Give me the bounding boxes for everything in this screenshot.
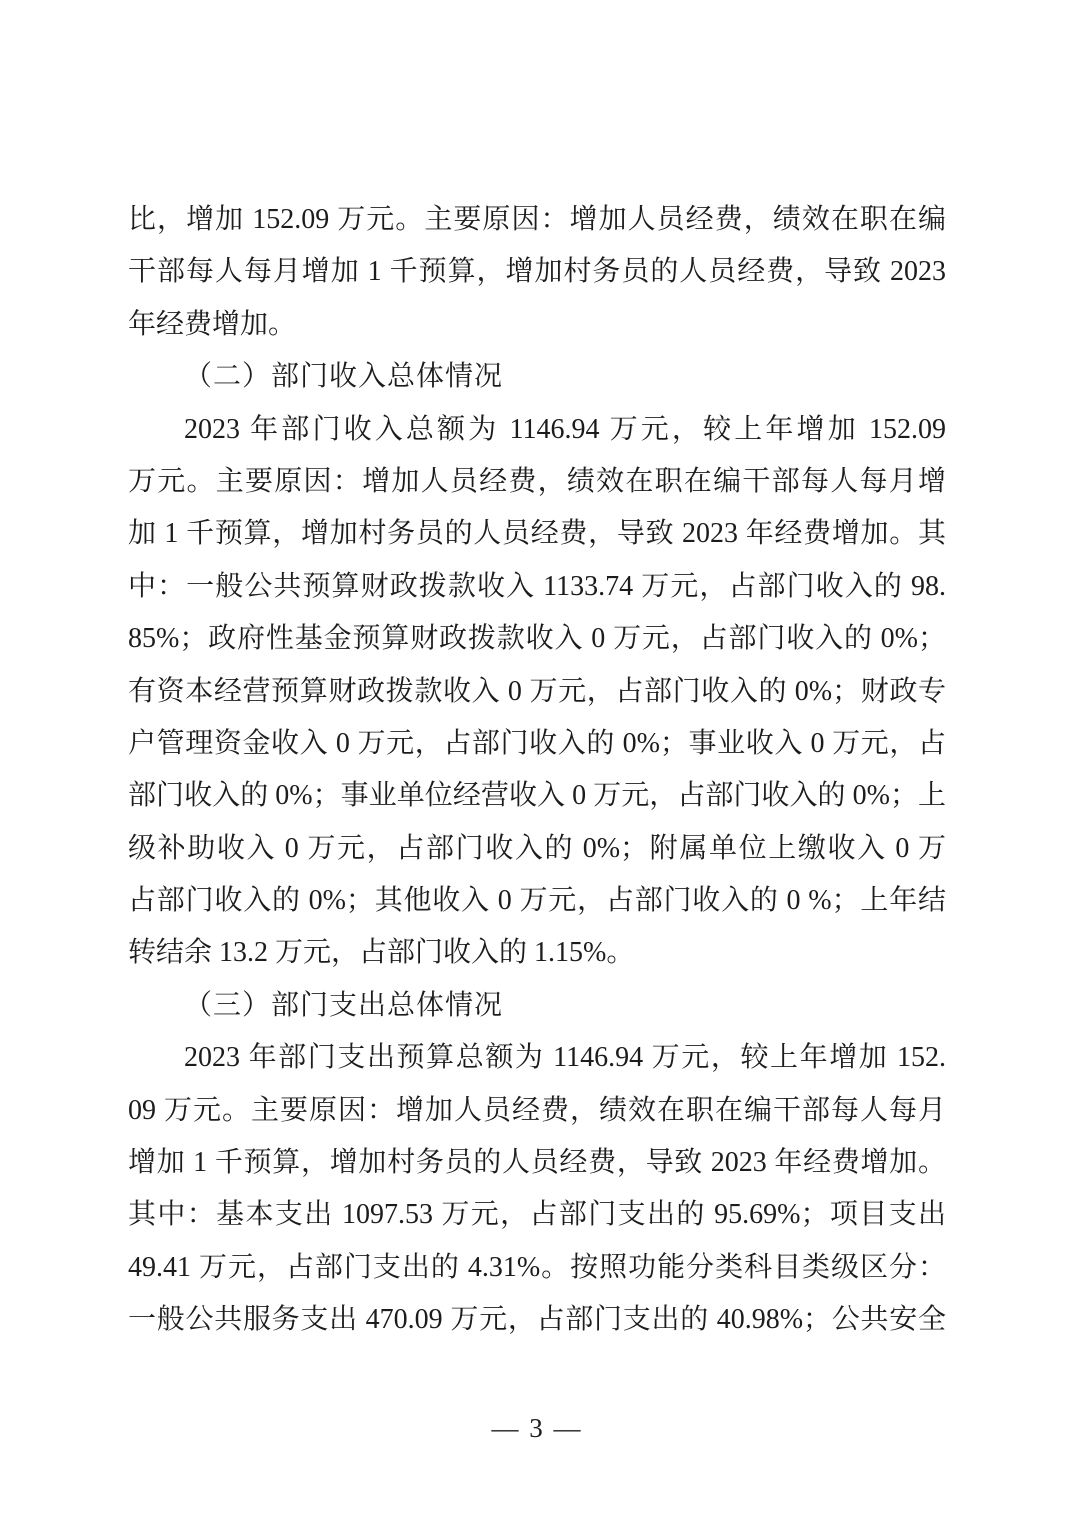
document-body: 比，增加 152.09 万元。主要原因：增加人员经费，绩效在职在编 干部每人每月… (128, 194, 946, 1347)
text-line: 占部门收入的 0%；其他收入 0 万元，占部门收入的 0 %；上年结 (128, 875, 946, 927)
text-line: 户管理资金收入 0 万元，占部门收入的 0%；事业收入 0 万元，占 (128, 718, 946, 770)
text-line: 49.41 万元，占部门支出的 4.31%。按照功能分类科目类级区分： (128, 1242, 946, 1294)
text-line: 部门收入的 0%；事业单位经营收入 0 万元，占部门收入的 0%；上 (128, 770, 946, 822)
text-line: 85%；政府性基金预算财政拨款收入 0 万元，占部门收入的 0%；国 (128, 613, 946, 665)
section-heading-expenditure: （三）部门支出总体情况 (128, 980, 946, 1032)
text-line: 一般公共服务支出 470.09 万元，占部门支出的 40.98%；公共安全 (128, 1294, 946, 1346)
text-line: 转结余 13.2 万元，占部门收入的 1.15%。 (128, 927, 946, 979)
page-footer: — 3 — (0, 1402, 1074, 1454)
text-line: 万元。主要原因：增加人员经费，绩效在职在编干部每人每月增 (128, 456, 946, 508)
text-line: 2023 年部门收入总额为 1146.94 万元，较上年增加 152.09 (128, 404, 946, 456)
text-line: 中：一般公共预算财政拨款收入 1133.74 万元，占部门收入的 98. (128, 561, 946, 613)
text-line: 增加 1 千预算，增加村务员的人员经费，导致 2023 年经费增加。 (128, 1137, 946, 1189)
page-number: — 3 — (492, 1413, 583, 1443)
text-line: 有资本经营预算财政拨款收入 0 万元，占部门收入的 0%；财政专 (128, 666, 946, 718)
text-line: 09 万元。主要原因：增加人员经费，绩效在职在编干部每人每月 (128, 1085, 946, 1137)
text-line: 干部每人每月增加 1 千预算，增加村务员的人员经费，导致 2023 (128, 246, 946, 298)
text-line: 比，增加 152.09 万元。主要原因：增加人员经费，绩效在职在编 (128, 194, 946, 246)
text-line: 2023 年部门支出预算总额为 1146.94 万元，较上年增加 152. (128, 1032, 946, 1084)
section-heading-income: （二）部门收入总体情况 (128, 351, 946, 403)
document-page: 比，增加 152.09 万元。主要原因：增加人员经费，绩效在职在编 干部每人每月… (0, 0, 1074, 1520)
text-line: 其中：基本支出 1097.53 万元，占部门支出的 95.69%；项目支出 (128, 1189, 946, 1241)
text-line: 年经费增加。 (128, 299, 946, 351)
text-line: 级补助收入 0 万元，占部门收入的 0%；附属单位上缴收入 0 万元， (128, 823, 946, 875)
text-line: 加 1 千预算，增加村务员的人员经费，导致 2023 年经费增加。其 (128, 508, 946, 560)
